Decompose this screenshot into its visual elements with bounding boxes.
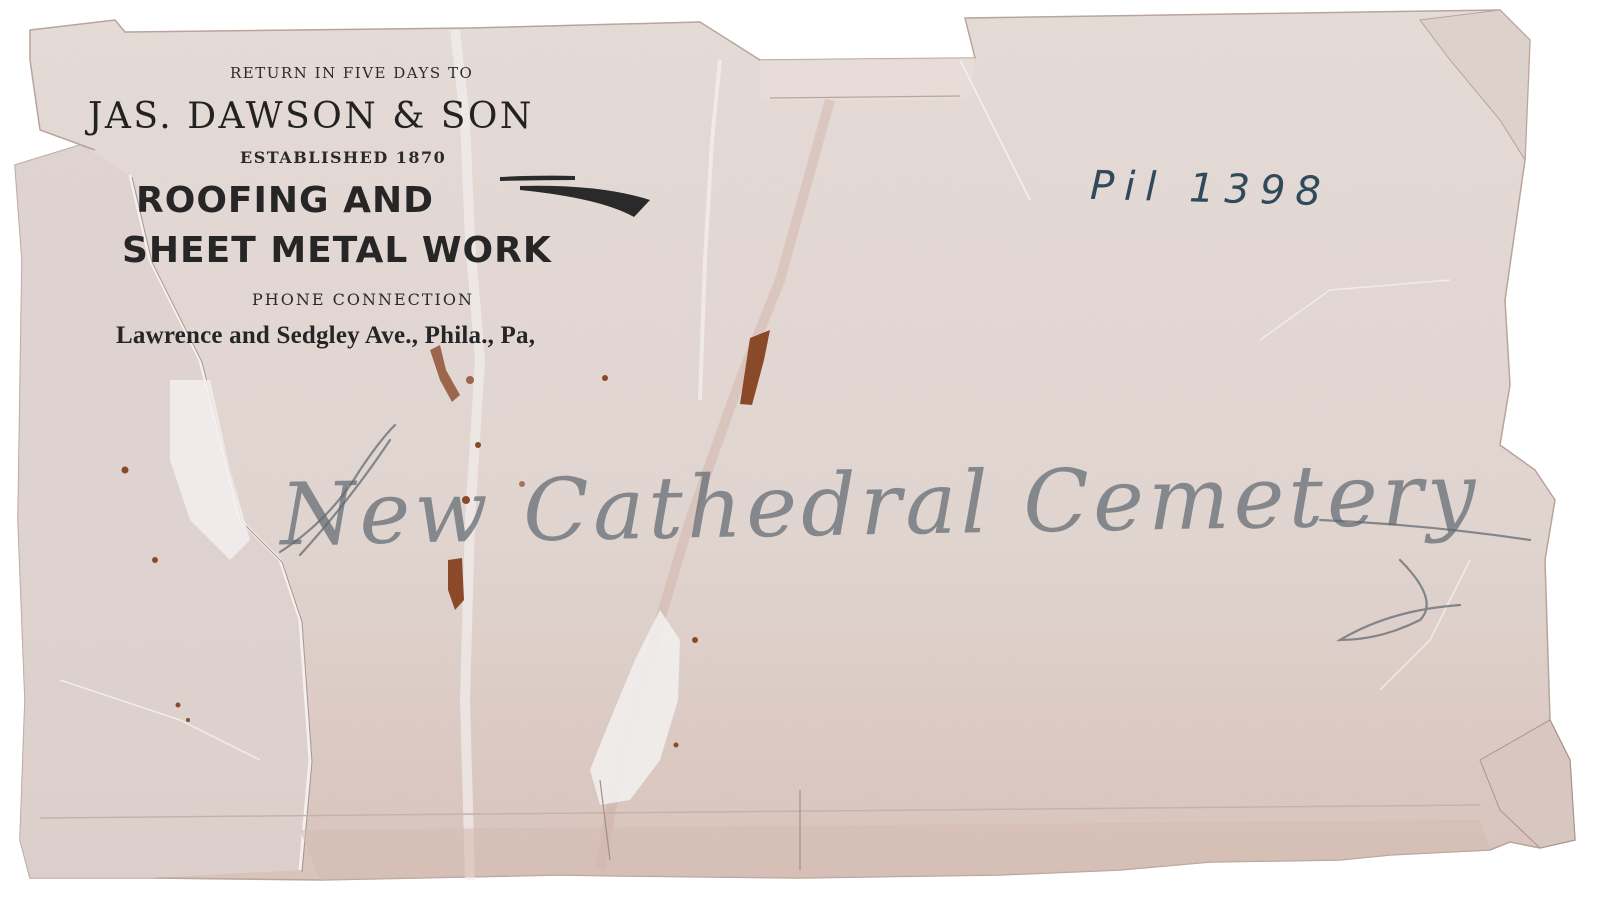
phone-connection: PHONE CONNECTION	[252, 290, 474, 309]
envelope-scan: RETURN IN FIVE DAYS TO JAS. DAWSON & SON…	[0, 0, 1600, 910]
company-name: JAS. DAWSON & SON	[88, 96, 728, 137]
return-instruction: RETURN IN FIVE DAYS TO	[230, 64, 580, 82]
established-year: ESTABLISHED 1870	[240, 148, 446, 167]
company-address: Lawrence and Sedgley Ave., Phila., Pa,	[116, 322, 535, 350]
pencil-cemetery-note: New Cathedral Cemetery	[279, 445, 1480, 566]
trade-line-sheet-metal: SHEET METAL WORK	[122, 230, 552, 271]
trade-line-roofing: ROOFING AND	[136, 180, 434, 221]
ink-reference-note: Pil 1398	[1089, 163, 1331, 215]
